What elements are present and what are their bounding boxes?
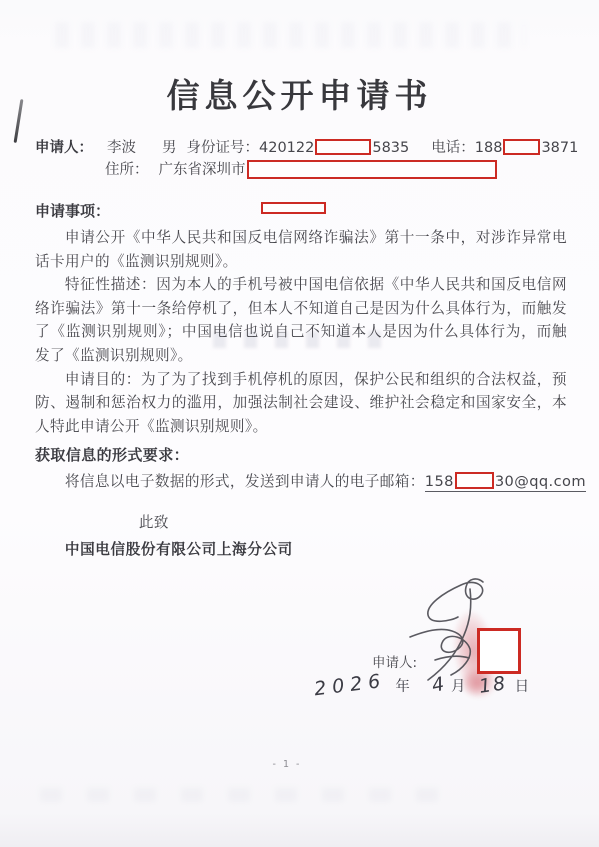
id-number-label: 身份证号：: [187, 140, 260, 156]
id-number-prefix: 420122: [259, 140, 314, 156]
id-number-suffix: 5835: [372, 140, 409, 156]
request-paragraph-3: 申请目的：为了为了找到手机停机的原因，保护公民和组织的合法权益，预防、遏制和惩治…: [35, 368, 567, 439]
address-line: 住所：广东省深圳市: [105, 158, 498, 180]
email-suffix: 30@qq.com: [495, 473, 586, 490]
delivery-line: 将信息以电子数据的形式，发送到申请人的电子邮箱：15830@qq.com: [35, 470, 567, 494]
applicant-gender: 男: [162, 140, 177, 156]
phone-label: 电话：: [431, 140, 475, 156]
salutation: 此致: [109, 511, 567, 535]
handwritten-month: 4: [430, 673, 446, 697]
handwritten-year: 2026: [313, 670, 388, 701]
delivery-line-prefix: 将信息以电子数据的形式，发送到申请人的电子邮箱：: [65, 473, 425, 490]
scanned-document-page: 信息公开申请书 申请人：李波男身份证号：4201225835电话：1883871…: [0, 0, 599, 847]
document-body: 申请公开《中华人民共和国反电信网络诈骗法》第十一条中，对涉诈异常电话卡用户的《监…: [35, 226, 567, 562]
scan-bleedthrough-bottom: [40, 788, 460, 802]
request-paragraph-1: 申请公开《中华人民共和国反电信网络诈骗法》第十一条中，对涉诈异常电话卡用户的《监…: [35, 226, 567, 273]
day-unit: 日: [515, 675, 530, 696]
handwritten-day: 18: [478, 672, 509, 698]
address-redaction-box: [247, 160, 497, 179]
subject-redaction-box: [261, 202, 326, 214]
email-prefix: 158: [425, 473, 454, 490]
request-heading: 申请事项：: [35, 202, 110, 220]
signature-label: 申请人:: [372, 651, 417, 671]
year-unit: 年: [395, 675, 410, 696]
recipient-company: 中国电信股份有限公司上海分公司: [35, 538, 567, 562]
month-unit: 月: [451, 675, 466, 696]
address-visible-text: 广东省深圳市: [159, 162, 246, 178]
applicant-line: 申请人：李波男身份证号：4201225835电话：1883871: [35, 136, 578, 157]
email-address: 15830@qq.com: [425, 473, 586, 492]
phone-redaction-box: [503, 139, 540, 155]
document-title: 信息公开申请书: [0, 70, 599, 117]
delivery-heading: 获取信息的形式要求：: [35, 444, 567, 468]
scan-bleedthrough-top: [55, 22, 525, 48]
phone-suffix: 3871: [541, 140, 578, 156]
address-label: 住所：: [105, 162, 149, 178]
phone-prefix: 188: [475, 140, 503, 156]
applicant-name: 李波: [107, 140, 136, 156]
id-number-redaction-box: [315, 139, 371, 155]
page-number: - 1 -: [0, 759, 574, 770]
email-redaction-box: [455, 472, 494, 489]
request-section-heading-line: 申请事项：: [35, 200, 110, 221]
applicant-label: 申请人：: [35, 140, 93, 156]
request-paragraph-2: 特征性描述：因为本人的手机号被中国电信依据《中华人民共和国反电信网络诈骗法》第十…: [35, 273, 567, 367]
signature-redaction-box: [477, 628, 521, 674]
date-line: 2026年4月18日: [314, 674, 529, 696]
